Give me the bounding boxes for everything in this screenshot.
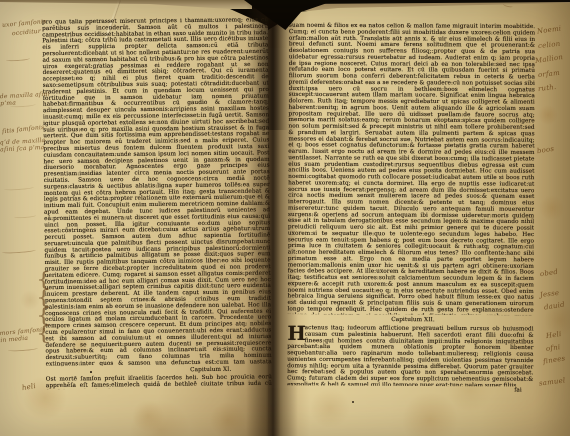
right-body-text: suam noemi & filios ex ea natos celion &… [287, 22, 535, 315]
chapter-xii-paragraph: Hactenus itaq; iudeorum afflictione preg… [287, 325, 534, 387]
marginal-note-aqua-maxilla: qʼd de maxilla aſini ſca pʼma [0, 137, 52, 154]
left-page-text-column: pro qua talia ppetrasset miserunt princi… [42, 17, 274, 399]
ink-speck [352, 401, 354, 403]
left-body-text: pro qua talia ppetrasset miserunt princi… [42, 17, 272, 366]
margin-brace-mark: { [36, 272, 51, 286]
chapter-heading-xii: Capitulum XII. [361, 316, 464, 324]
catchword: fai [287, 386, 533, 394]
right-page-text-column: suam noemi & filios ex ea natos celion &… [287, 22, 537, 401]
chapter-xii-text: actenus itaq; iudeorum afflictione pregr… [287, 325, 534, 387]
chapter-xi-opening-text: Ost mortē ſamſon pręfuit iſraelitis ſace… [46, 374, 272, 389]
gutter-shadow [246, 0, 298, 436]
margin-brace-mark: { [36, 308, 51, 322]
book-photograph: pro qua talia ppetrasset miserunt princi… [0, 0, 570, 436]
margin-brace-mark: { [36, 290, 51, 304]
margin-brace-mark: { [36, 326, 51, 340]
